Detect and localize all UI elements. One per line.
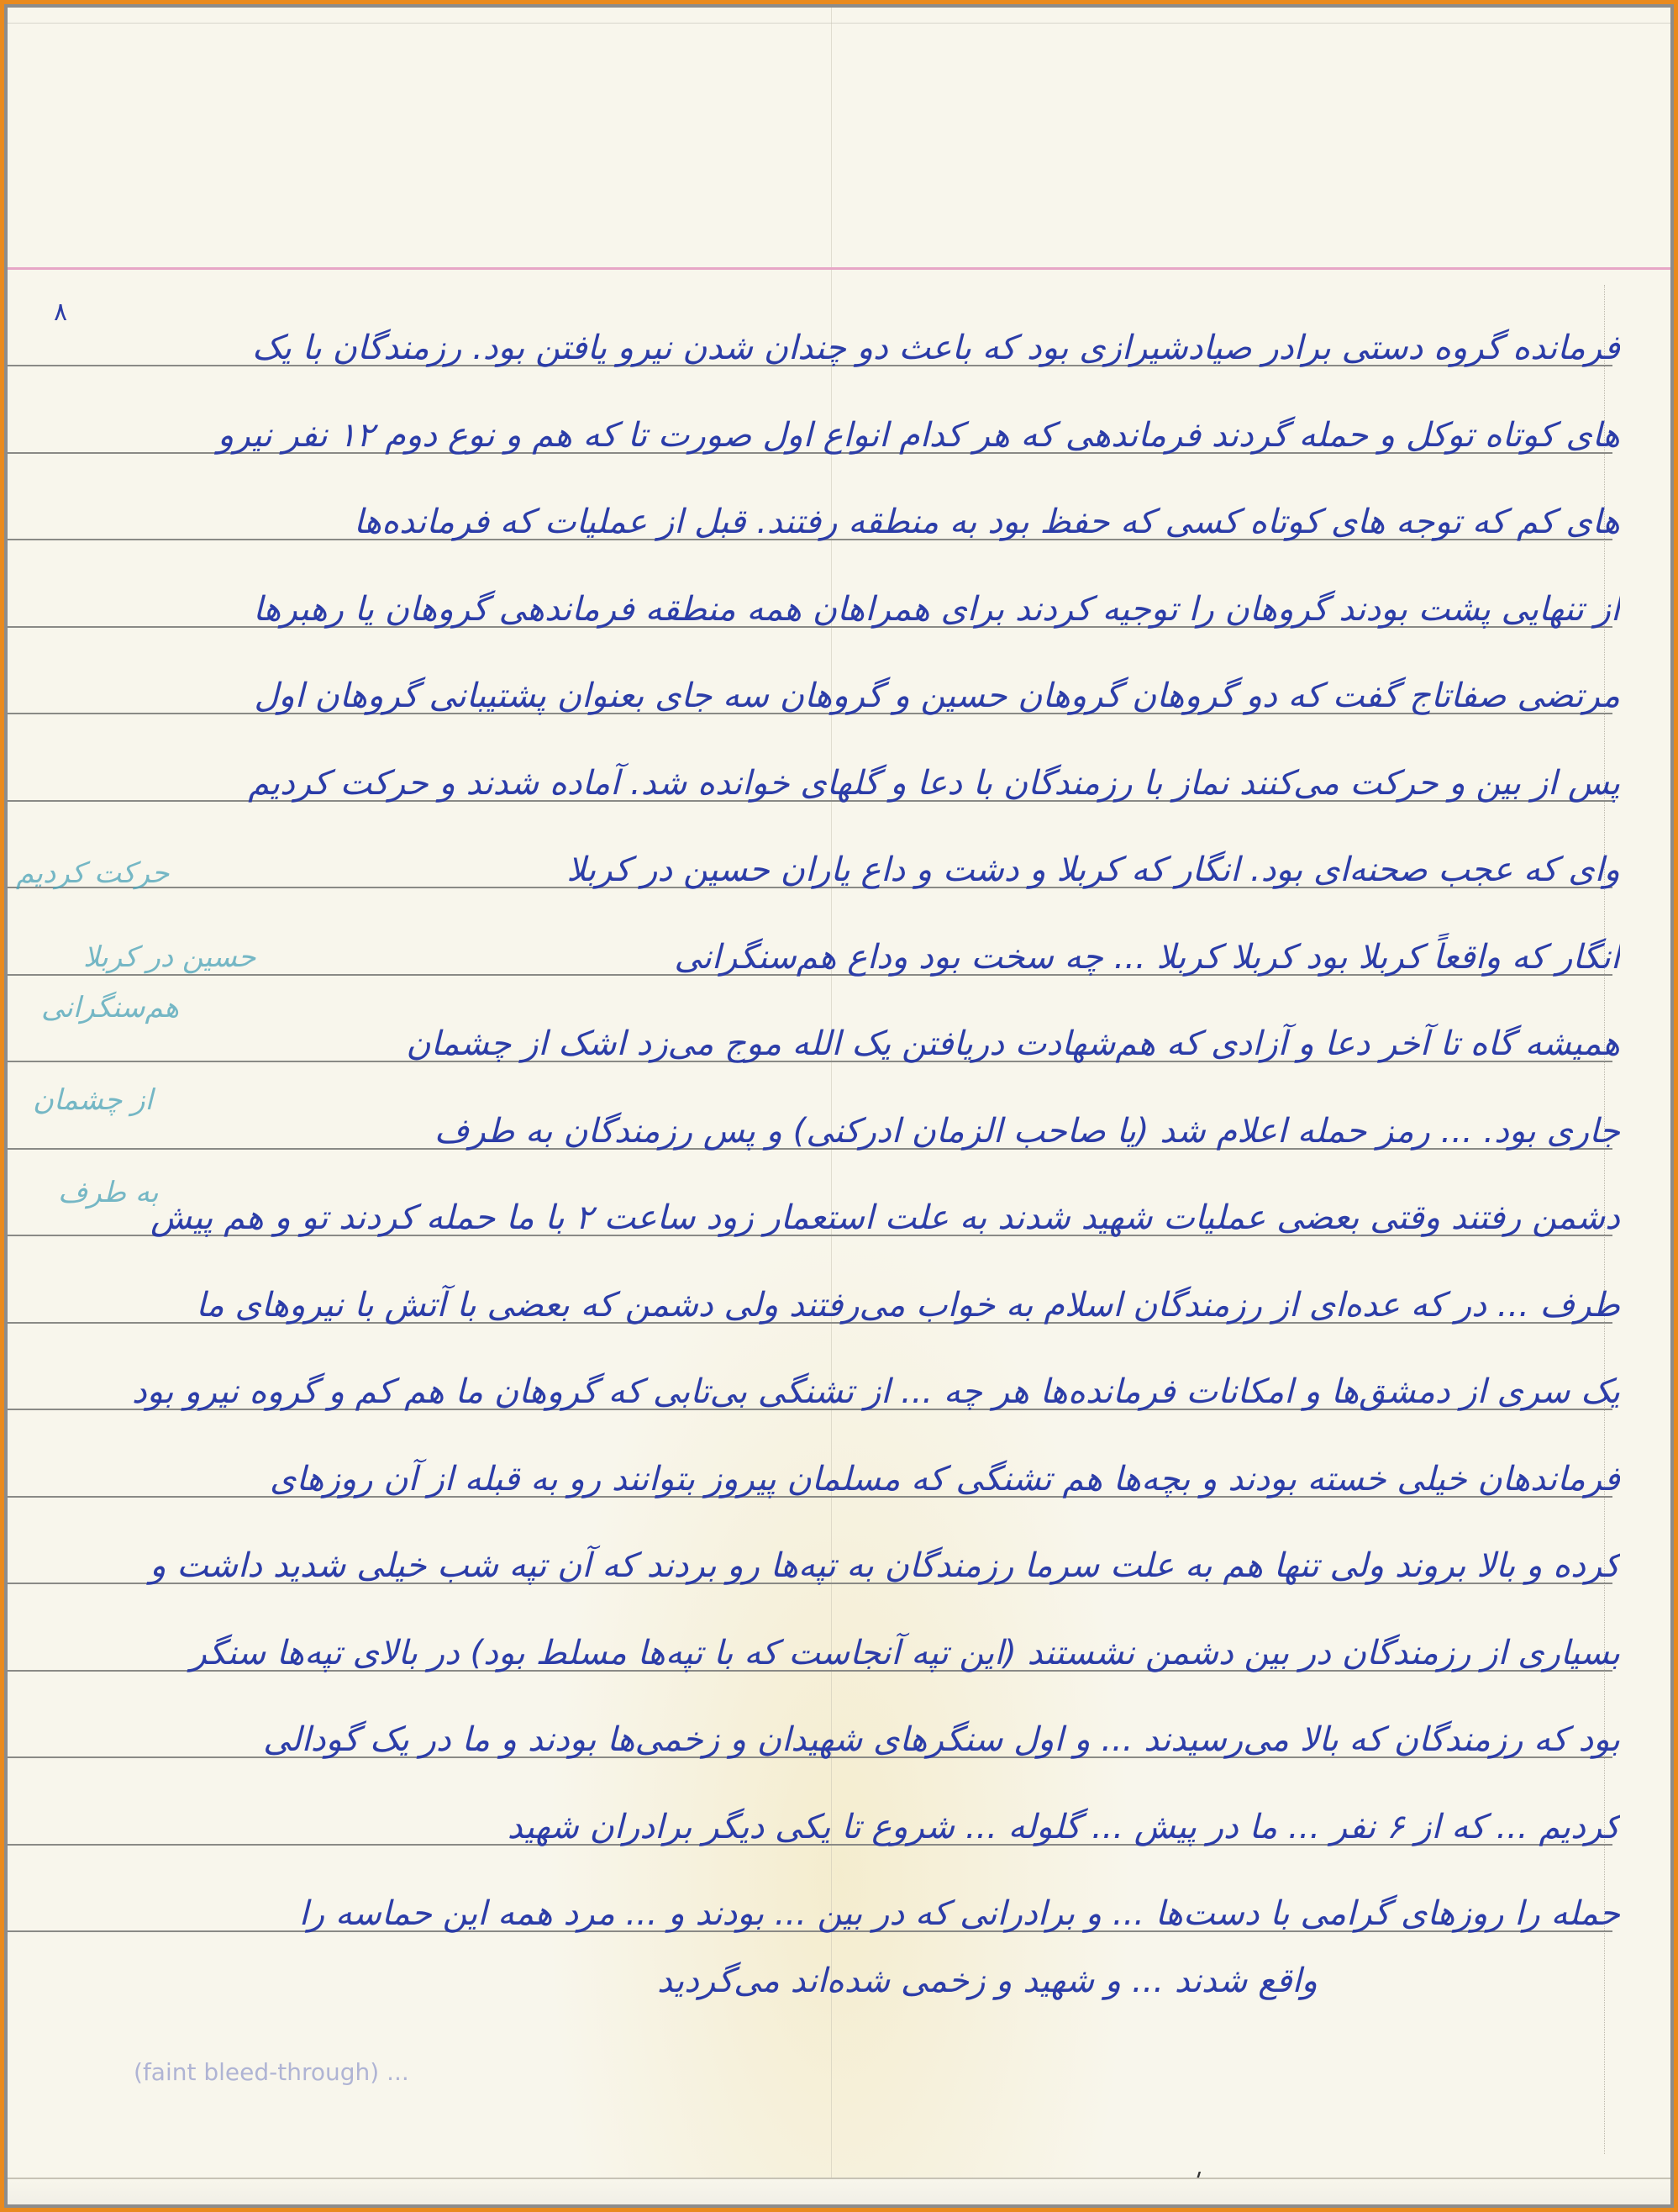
handwritten-line: انگار که واقعاً کربلا بود کربلا کربلا ..… <box>33 932 1620 982</box>
handwritten-line: یک سری از دمشق‌ها و امکانات فرمانده‌ها ه… <box>33 1367 1620 1417</box>
handwritten-line: همیشه گاه تا آخر دعا و آزادی که هم‌شهادت… <box>33 1019 1620 1069</box>
handwritten-line: بود که رزمندگان که بالا می‌رسیدند ... و … <box>33 1714 1620 1765</box>
paper-top-edge <box>8 23 1670 24</box>
torn-bottom-edge <box>8 2178 1670 2204</box>
handwritten-line: فرماندهان خیلی خسته بودند و بچه‌ها هم تش… <box>33 1454 1620 1504</box>
bleed-through-text: ... (faint bleed-through) <box>134 2058 409 2086</box>
handwritten-line: پس از بین و حرکت می‌کنند نماز با رزمندگا… <box>33 758 1620 808</box>
handwritten-line: از تنهایی پشت بودند گروهان را توجیه کردن… <box>33 584 1620 635</box>
handwritten-line: مرتضی صفاتاج گفت که دو گروهان گروهان حسی… <box>33 671 1620 721</box>
margin-note: حرکت کردیم <box>16 856 169 890</box>
handwritten-line: بسیاری از رزمندگان در بین دشمن نشستند (ا… <box>33 1628 1620 1678</box>
margin-note: از چشمان <box>33 1083 153 1117</box>
handwritten-line: فرمانده گروه دستی برادر صیادشیرازی بود ک… <box>33 323 1620 373</box>
handwritten-line: جاری بود. ... رمز حمله اعلام شد (یا صاحب… <box>33 1106 1620 1156</box>
handwritten-line: کردیم ... که از ۶ نفر ... ما در پیش ... … <box>33 1802 1620 1852</box>
handwritten-line: واقع شدند ... و شهید و زخمی شده‌اند می‌گ… <box>33 1956 1318 2006</box>
handwritten-line: های کوتاه توکل و حمله گردند فرماندهی که … <box>33 410 1620 461</box>
page-number-mark: ۸ <box>54 298 67 327</box>
margin-note: هم‌سنگرانی <box>41 991 179 1024</box>
handwritten-line: کرده و بالا بروند ولی تنها هم به علت سرم… <box>33 1540 1620 1591</box>
handwritten-line: حمله را روزهای گرامی با دست‌ها ... و برا… <box>33 1888 1620 1939</box>
margin-note: به طرف <box>58 1176 159 1209</box>
handwritten-line: وای که عجب صحنه‌ای بود. انگار که کربلا و… <box>33 845 1620 895</box>
handwritten-line: های کم که توجه های کوتاه کسی که حفظ بود … <box>33 497 1620 547</box>
header-rule <box>8 267 1670 270</box>
paper-sheet: فرمانده گروه دستی برادر صیادشیرازی بود ک… <box>8 8 1670 2204</box>
handwritten-line: طرف ... در که عده‌ای از رزمندگان اسلام ب… <box>33 1280 1620 1330</box>
handwritten-line: دشمن رفتند وقتی بعضی عملیات شهید شدند به… <box>33 1193 1620 1243</box>
margin-note: حسین در کربلا <box>83 940 255 974</box>
